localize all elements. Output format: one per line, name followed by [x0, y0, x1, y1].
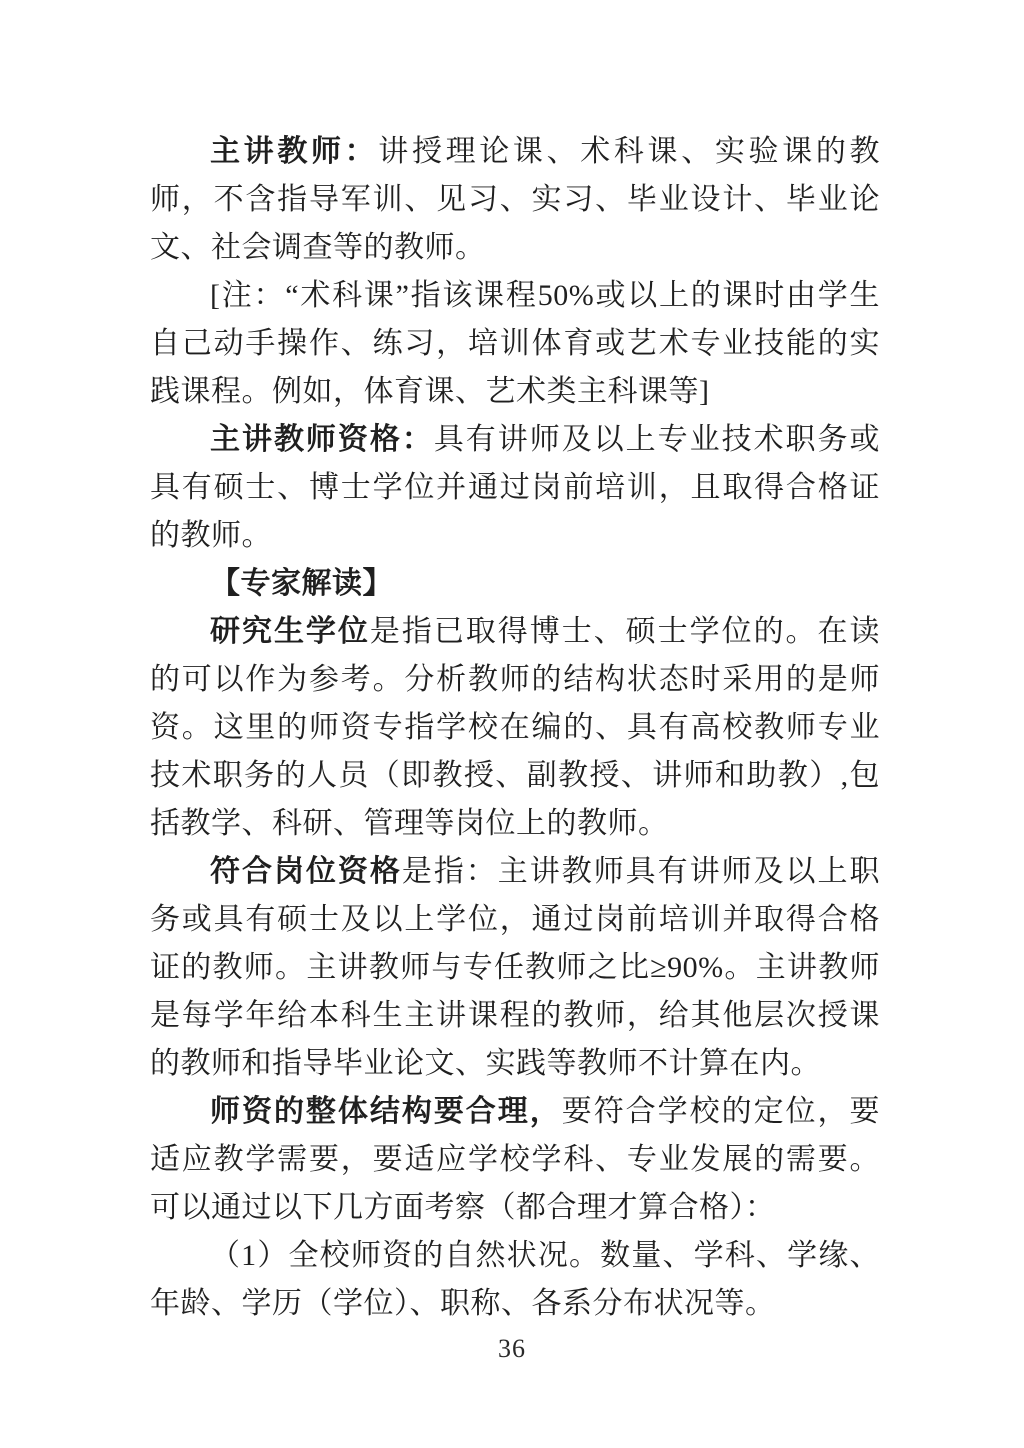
paragraph-lecturer-qualification: 主讲教师资格：具有讲师及以上专业技术职务或具有硕士、博士学位并通过岗前培训，且取…	[150, 416, 880, 560]
paragraph-lead: 主讲教师：	[210, 135, 378, 168]
paragraph-body: （1）全校师资的自然状况。数量、学科、学缘、年龄、学历（学位）、职称、各系分布状…	[150, 1239, 880, 1320]
paragraph-post-qualification: 符合岗位资格是指：主讲教师具有讲师及以上职务或具有硕士及以上学位，通过岗前培训并…	[150, 848, 880, 1088]
paragraph-body: 是指：主讲教师具有讲师及以上职务或具有硕士及以上学位，通过岗前培训并取得合格证的…	[150, 855, 880, 1080]
paragraph-note-skill-course: [注：“术科课”指该课程50%或以上的课时由学生自己动手操作、练习，培训体育或艺…	[150, 272, 880, 416]
paragraph-body: [注：“术科课”指该课程50%或以上的课时由学生自己动手操作、练习，培训体育或艺…	[150, 279, 880, 408]
paragraph-lead: 研究生学位	[210, 615, 370, 648]
paragraph-lead: 【专家解读】	[210, 567, 393, 600]
document-page: 主讲教师：讲授理论课、术科课、实验课的教师，不含指导军训、见习、实习、毕业设计、…	[0, 0, 1024, 1448]
paragraph-body: 是指已取得博士、硕士学位的。在读的可以作为参考。分析教师的结构状态时采用的是师资…	[150, 615, 880, 840]
page-number: 36	[0, 1334, 1024, 1364]
paragraph-graduate-degree: 研究生学位是指已取得博士、硕士学位的。在读的可以作为参考。分析教师的结构状态时采…	[150, 608, 880, 848]
paragraph-lead: 师资的整体结构要合理，	[210, 1095, 562, 1128]
paragraph-lead: 符合岗位资格	[210, 855, 402, 888]
text-block: 主讲教师：讲授理论课、术科课、实验课的教师，不含指导军训、见习、实习、毕业设计、…	[150, 128, 880, 1328]
paragraph-lead: 主讲教师资格：	[210, 423, 434, 456]
paragraph-faculty-structure: 师资的整体结构要合理，要符合学校的定位，要适应教学需要，要适应学校学科、专业发展…	[150, 1088, 880, 1232]
heading-expert-interpretation: 【专家解读】	[150, 560, 880, 608]
paragraph-item-1-faculty-status: （1）全校师资的自然状况。数量、学科、学缘、年龄、学历（学位）、职称、各系分布状…	[150, 1232, 880, 1328]
paragraph-lecturer-definition: 主讲教师：讲授理论课、术科课、实验课的教师，不含指导军训、见习、实习、毕业设计、…	[150, 128, 880, 272]
